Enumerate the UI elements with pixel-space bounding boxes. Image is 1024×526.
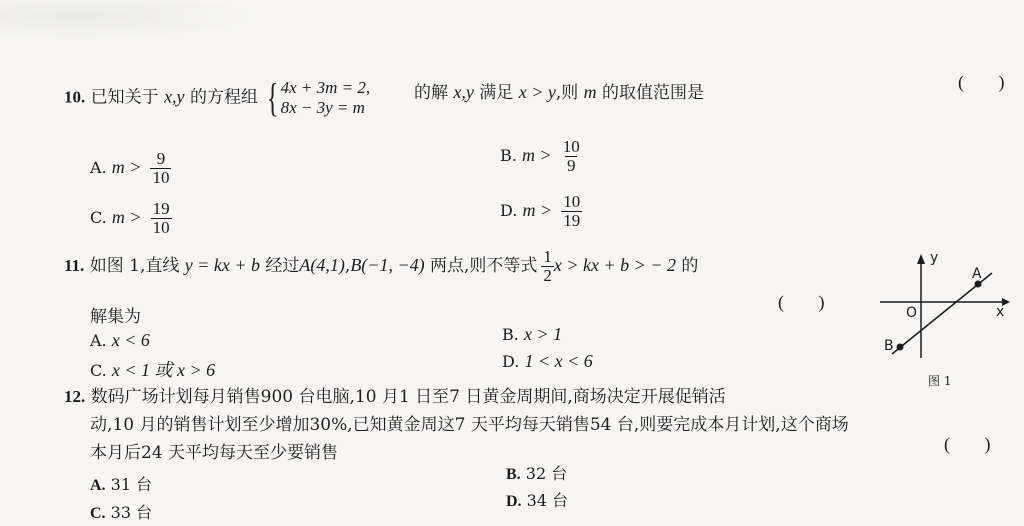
question-number: 12. [64, 387, 85, 406]
origin-label: O [906, 305, 917, 321]
option-label: D. [502, 352, 519, 371]
option-11-d[interactable]: D. 1 < x < 6 [502, 351, 593, 372]
point-b: B(−1, −4) [350, 255, 424, 275]
variable-m: m [584, 82, 597, 102]
option-text: 1 < x < 6 [524, 351, 592, 371]
fraction: 1019 [561, 193, 582, 230]
question-10-stem: 10. 已知关于 x,y 的方程组 { 4x + 3m = 2, 8x − 3y… [64, 78, 370, 118]
answer-blank-12[interactable]: ( ) [944, 434, 991, 455]
fraction-half: 12 [541, 248, 554, 285]
stem-text: 数码广场计划每月销售900 台电脑,10 月1 日至7 日黄金周期间,商场决定开… [91, 387, 726, 407]
option-lhs: m > [522, 200, 552, 220]
option-lhs: m > [522, 145, 552, 165]
option-10-d[interactable]: D. m > 1019 [500, 193, 582, 230]
option-text: 32 台 [526, 464, 567, 483]
stem-text: 两点,则不等式 [430, 256, 537, 276]
option-text: 34 台 [527, 491, 568, 510]
equation-2: 8x − 3y = m [281, 98, 371, 118]
option-12-c[interactable]: C. 33 台 [90, 500, 152, 523]
question-11-stem: 11. 如图 1,直线 y = kx + b 经过A(4,1),B(−1, −4… [64, 248, 698, 285]
line-equation: y = kx + b [185, 255, 260, 275]
inequality: x > kx + b > − 2 [554, 255, 676, 275]
option-text: x < 1 或 x > 6 [112, 360, 215, 380]
question-12-line1: 12. 数码广场计划每月销售900 台电脑,10 月1 日至7 日黄金周期间,商… [64, 382, 726, 407]
option-11-a[interactable]: A. x < 6 [90, 330, 150, 351]
condition: x > y [519, 82, 556, 102]
option-label: B. [506, 466, 521, 483]
stem-text: 如图 1,直线 [90, 256, 180, 276]
point-a: A(4,1) [299, 255, 344, 275]
option-12-b[interactable]: B. 32 台 [506, 461, 567, 484]
stem-text: 满足 [479, 83, 513, 103]
scan-noise [0, 0, 260, 40]
left-brace: { [267, 78, 279, 118]
option-11-b[interactable]: B. x > 1 [502, 324, 562, 345]
option-label: A. [90, 331, 107, 350]
answer-blank-11[interactable]: ( ) [778, 292, 825, 313]
answer-blank-10[interactable]: ( ) [958, 72, 1005, 93]
stem-text: 的方程组 [190, 88, 258, 108]
option-10-a[interactable]: A. m > 910 [90, 150, 171, 187]
question-number: 10. [64, 88, 85, 107]
x-axis-label: x [996, 304, 1004, 320]
equation-system: { 4x + 3m = 2, 8x − 3y = m [263, 78, 370, 118]
figure-caption: 图 1 [928, 372, 951, 389]
stem-text: 的解 [414, 83, 448, 103]
stem-text: 的 [681, 256, 698, 276]
option-10-b[interactable]: B. m > 109 [500, 138, 582, 175]
option-text: x < 6 [112, 330, 150, 350]
fraction: 910 [150, 150, 171, 187]
question-12-line3: 本月后24 天平均每天至少要销售 [90, 438, 338, 463]
point-a-label: A [972, 266, 982, 282]
option-label: D. [500, 201, 517, 220]
option-12-d[interactable]: D. 34 台 [506, 488, 568, 511]
equation-1: 4x + 3m = 2, [281, 78, 371, 98]
option-label: A. [90, 477, 106, 494]
option-text: x > 1 [524, 324, 562, 344]
option-label: B. [502, 325, 519, 344]
stem-text: 的取值范围是 [602, 83, 704, 103]
fraction: 1910 [151, 200, 172, 237]
option-label: C. [90, 208, 107, 227]
y-axis-label: y [930, 250, 938, 266]
option-text: 33 台 [111, 503, 152, 522]
option-11-c[interactable]: C. x < 1 或 x > 6 [90, 356, 215, 382]
fraction: 109 [561, 138, 582, 175]
variables: x,y [453, 82, 473, 102]
option-label: C. [90, 505, 106, 522]
option-label: A. [90, 158, 107, 177]
figure-1: y x O A B 图 1 [870, 248, 1020, 398]
question-12-line2: 动,10 月的销售计划至少增加30%,已知黄金周这7 天平均每天销售54 台,则… [90, 410, 849, 435]
stem-text: 经过 [265, 256, 299, 276]
stem-text: 已知关于 [91, 88, 159, 108]
option-lhs: m > [112, 207, 142, 227]
question-11-stem-line2: 解集为 [90, 302, 141, 327]
option-text: 31 台 [111, 475, 152, 494]
question-number: 11. [64, 256, 84, 275]
point-b-label: B [884, 338, 894, 354]
option-label: B. [500, 146, 517, 165]
variables: x,y [164, 87, 184, 107]
option-label: C. [90, 361, 107, 380]
question-10-stem-cont: 的解 x,y 满足 x > y,则 m 的取值范围是 [414, 78, 704, 103]
stem-text: ,则 [556, 83, 578, 103]
option-label: D. [506, 493, 522, 510]
option-10-c[interactable]: C. m > 1910 [90, 200, 172, 237]
option-lhs: m > [112, 157, 142, 177]
option-12-a[interactable]: A. 31 台 [90, 472, 152, 495]
